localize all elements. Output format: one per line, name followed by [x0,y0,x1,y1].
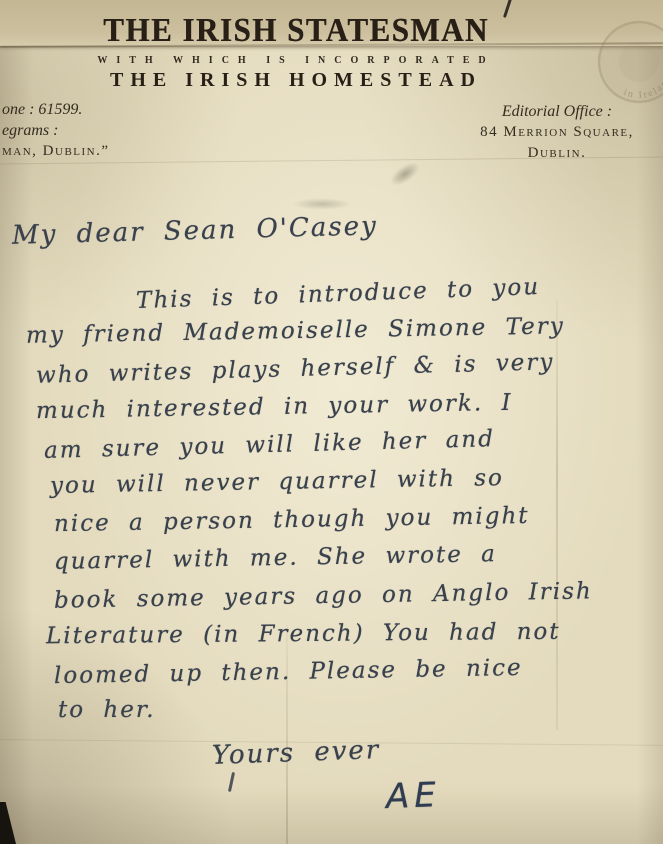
signature: AE [385,775,441,817]
scanned-letter: in Ireland THE IRISH STATESMAN WITH WHIC… [0,0,663,844]
letterhead: THE IRISH STATESMAN WITH WHICH IS INCORP… [58,12,534,92]
handwritten-line: to her. [58,697,156,723]
phone-line: one : 61599. [2,99,110,120]
masthead-tagline: WITH WHICH IS INCORPORATED [58,55,534,66]
closing: Yours ever [212,735,381,771]
telegrams-label: egrams : [2,120,110,141]
editorial-address-line1: 84 Merrion Square, [457,122,657,143]
editorial-address-line2: Dublin. [457,143,657,164]
editorial-office-label: Editorial Office : [457,101,657,122]
handwritten-line: Literature (in French) You had not [46,619,561,649]
contact-block-left: one : 61599. egrams : man, Dublin.” [2,99,110,162]
masthead-title: THE IRISH STATESMAN [58,11,534,50]
telegram-address: man, Dublin.” [2,141,110,162]
contact-block-right: Editorial Office : 84 Merrion Square, Du… [457,101,657,164]
masthead-incorporated-title: THE IRISH HOMESTEAD [58,69,534,92]
